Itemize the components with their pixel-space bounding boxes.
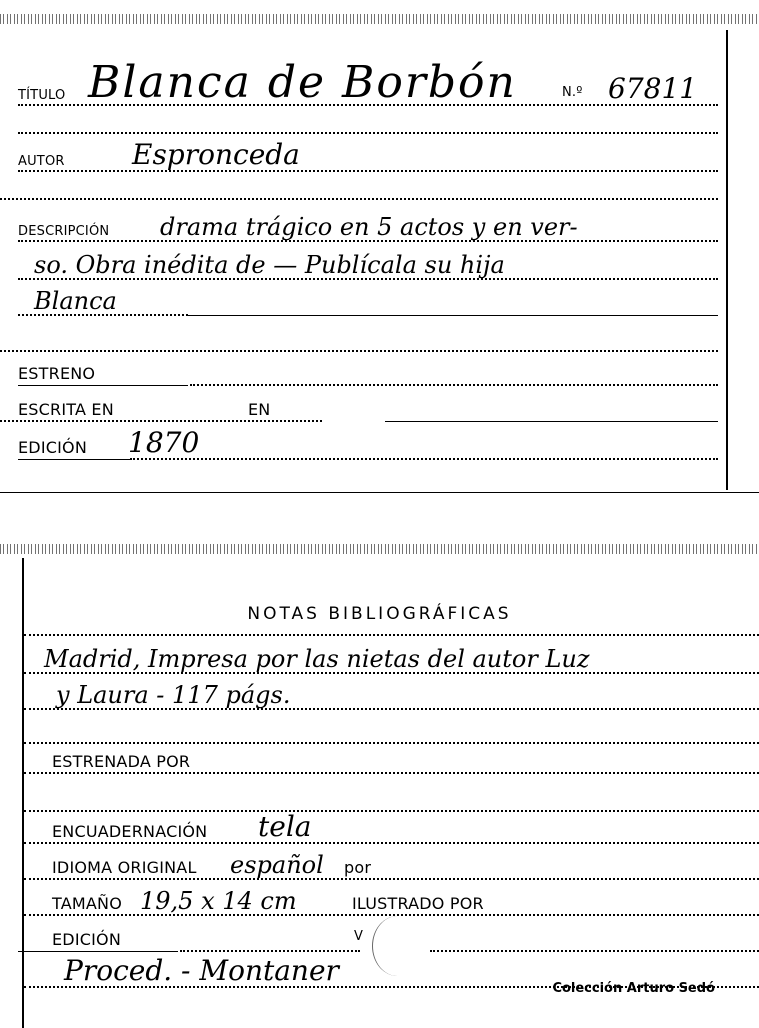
field-tamano: TAMAÑO 19,5 x 14 cm ILUSTRADO POR <box>0 880 759 916</box>
catalog-card-front: TÍTULO Blanca de Borbón N.º 67811 AUTOR … <box>0 0 759 495</box>
autor-label: AUTOR <box>18 154 65 169</box>
field-descripcion-cont: Blanca <box>0 280 759 316</box>
notes-text-1: Madrid, Impresa por las nietas del autor… <box>44 645 590 673</box>
estreno-label: ESTRENO <box>18 364 95 383</box>
descripcion-line-3: Blanca <box>34 287 117 315</box>
edicion-back-label: EDICIÓN <box>52 930 121 949</box>
field-estrenada-por: ESTRENADA POR <box>0 738 759 774</box>
titulo-value: Blanca de Borbón <box>88 57 517 108</box>
section-title: NOTAS BIBLIOGRÁFICAS <box>0 604 759 624</box>
edicion-label: EDICIÓN <box>18 438 87 457</box>
number-value: 67811 <box>608 72 697 105</box>
collection-credit: Colección Arturo Sedó <box>552 981 715 996</box>
ilustrado-por-label: ILUSTRADO POR <box>352 894 484 913</box>
field-descripcion: DESCRIPCIÓN drama trágico en 5 actos y e… <box>0 206 759 242</box>
procedencia-value: Proced. - Montaner <box>64 954 339 987</box>
dotted-rule <box>0 420 322 422</box>
field-encuadernacion: ENCUADERNACIÓN tela <box>0 808 759 844</box>
descripcion-line-2: so. Obra inédita de — Publícala su hija <box>34 251 505 279</box>
scan-noise-edge <box>0 14 759 24</box>
notes-line-2: y Laura - 117 págs. <box>0 674 759 710</box>
field-titulo: TÍTULO Blanca de Borbón N.º 67811 <box>0 66 759 106</box>
field-estreno: ESTRENO <box>0 350 759 386</box>
field-descripcion-cont: so. Obra inédita de — Publícala su hija <box>0 244 759 280</box>
edicion-value: 1870 <box>128 426 199 459</box>
notes-text-2: y Laura - 117 págs. <box>56 681 290 709</box>
dotted-rule <box>18 132 718 134</box>
titulo-label: TÍTULO <box>18 88 65 103</box>
number-label: N.º <box>562 85 583 100</box>
solid-rule <box>188 315 718 316</box>
descripcion-label: DESCRIPCIÓN <box>18 224 109 239</box>
scan-noise-edge <box>0 544 759 554</box>
solid-rule <box>18 459 130 460</box>
dotted-rule <box>0 198 718 200</box>
estrenada-por-label: ESTRENADA POR <box>52 752 190 771</box>
notes-line-1: Madrid, Impresa por las nietas del autor… <box>0 638 759 674</box>
field-edicion: EDICIÓN 1870 <box>0 424 759 460</box>
solid-rule <box>385 421 718 422</box>
idioma-original-value: español <box>230 851 324 879</box>
tamano-value: 19,5 x 14 cm <box>140 887 297 915</box>
tamano-label: TAMAÑO <box>52 894 122 913</box>
idioma-original-label: IDIOMA ORIGINAL <box>52 858 197 877</box>
dotted-rule <box>24 772 759 774</box>
encuadernacion-label: ENCUADERNACIÓN <box>52 822 207 841</box>
dotted-rule <box>24 634 759 636</box>
dotted-rule <box>130 458 718 460</box>
descripcion-line-1: drama trágico en 5 actos y en ver- <box>160 213 578 241</box>
field-autor: AUTOR Espronceda <box>0 136 759 172</box>
card-bottom-edge <box>0 492 759 493</box>
autor-value: Espronceda <box>132 138 300 171</box>
field-idioma-original: IDIOMA ORIGINAL español por <box>0 844 759 880</box>
catalog-card-back: NOTAS BIBLIOGRÁFICAS Madrid, Impresa por… <box>0 538 759 1028</box>
v-label: V <box>354 929 363 944</box>
escrita-en-label: ESCRITA EN <box>18 400 114 419</box>
idioma-por-label: por <box>344 858 371 877</box>
encuadernacion-value: tela <box>258 810 311 843</box>
field-escrita-en: ESCRITA EN EN <box>0 386 759 422</box>
dotted-rule <box>18 170 718 172</box>
en-label: EN <box>248 400 270 419</box>
